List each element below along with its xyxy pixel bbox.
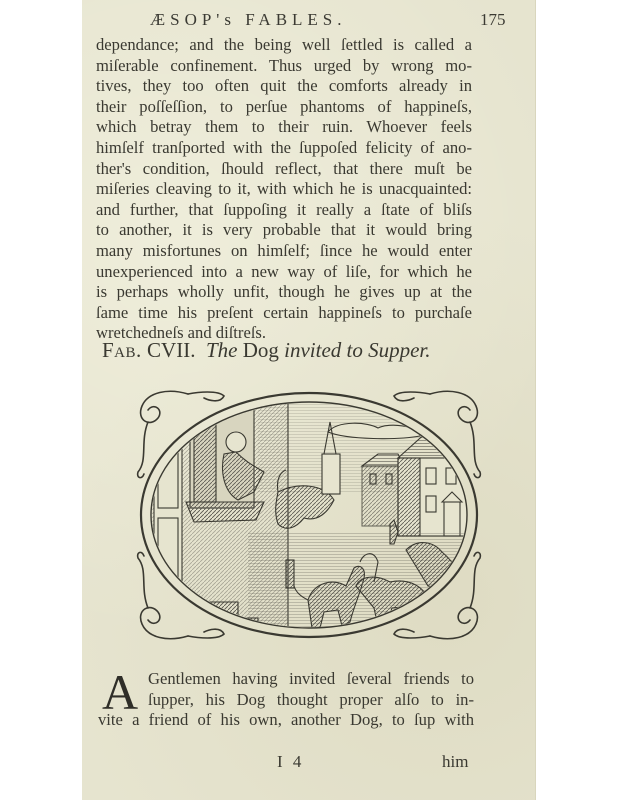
text-line: dependance; and the being well ſettled i… [96, 35, 472, 56]
drop-cap: A [102, 672, 138, 712]
text-line: miſerable confinement. Thus urged by wro… [96, 56, 472, 77]
fable-title-the: The [206, 338, 238, 362]
text-line: to another, it is very probable that it … [96, 220, 472, 241]
text-line: and further, that ſuppoſing it really a … [96, 200, 472, 221]
running-title: ÆSOP's FABLES. [150, 10, 347, 30]
book-page: ÆSOP's FABLES. 175 dependance; and the b… [82, 0, 536, 800]
text-line: is perhaps wholly unfit, though he gives… [96, 282, 472, 303]
text-line: unexperienced into a new way of liſe, fo… [96, 262, 472, 283]
woodcut-svg [128, 382, 490, 648]
text-line: tives, they too often quit the comforts … [96, 76, 472, 97]
text-line: which betray them to their ruin. Whoever… [96, 117, 472, 138]
fable-title-dog: Dog [243, 338, 279, 362]
signature-mark: I 4 [277, 752, 304, 772]
body-paragraph: dependance; and the being well ſettled i… [96, 35, 472, 344]
text-line: ther's condition, ſhould reflect, that t… [96, 159, 472, 180]
page-number: 175 [480, 10, 506, 30]
woodcut-illustration [128, 382, 490, 648]
text-line: vite a friend of his own, another Dog, t… [98, 709, 474, 730]
text-line: miſeries cleaving to it, with which he i… [96, 179, 472, 200]
text-line: himſelf tranſported with the ſuppoſed fe… [96, 138, 472, 159]
text-line: ſupper, his Dog thought proper alſo to i… [98, 689, 474, 710]
catchword: him [442, 752, 468, 772]
text-line: Gentlemen having invited ſeveral friends… [98, 668, 474, 689]
fable-title-rest: invited to Supper. [284, 338, 430, 362]
fable-heading: Fab. CVII. The Dog invited to Supper. [102, 338, 482, 363]
text-line: their poſſeſſion, to perſue phantoms of … [96, 97, 472, 118]
text-line: many misfortunes on himſelf; ſince he wo… [96, 241, 472, 262]
fable-number: CVII. [147, 338, 195, 362]
story-paragraph: A Gentlemen having invited ſeveral frien… [98, 668, 474, 730]
running-head: ÆSOP's FABLES. 175 [82, 10, 536, 34]
text-line: ſame time his preſent certain happineſs … [96, 303, 472, 324]
fable-label: Fab. [102, 338, 142, 362]
